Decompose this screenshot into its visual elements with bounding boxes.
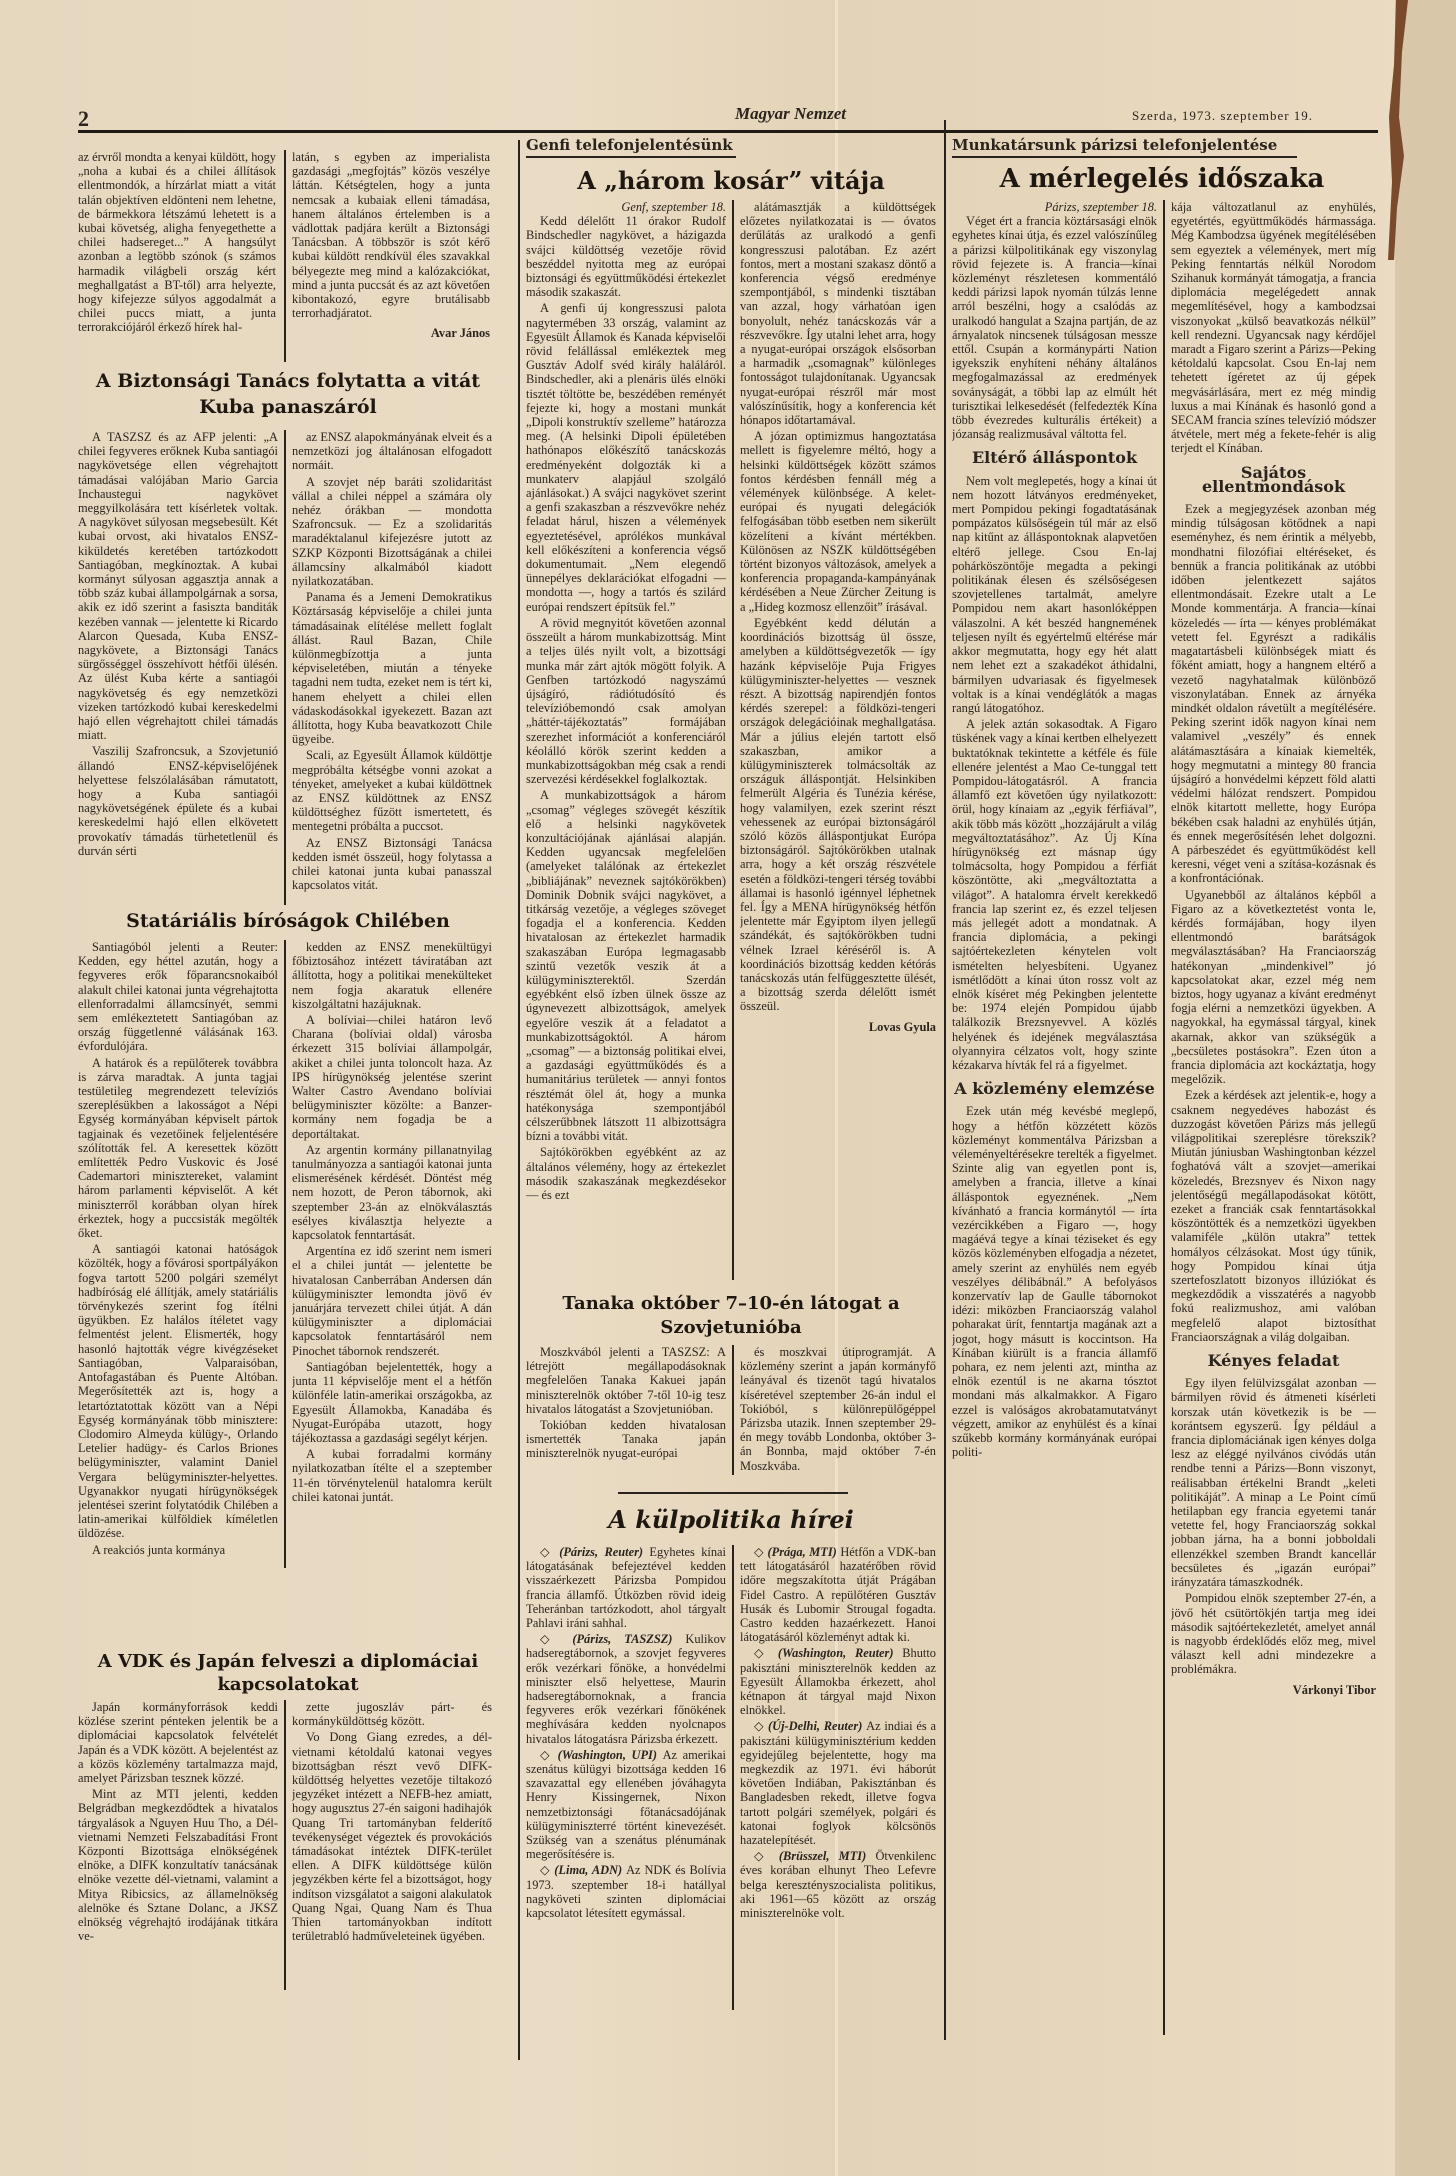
paragraph: Az ENSZ Biztonsági Tanácsa kedden ismét … (292, 836, 492, 893)
vdk-col2: zette jugoszláv párt- és kormányküldötts… (292, 1700, 492, 1945)
news-item: ◇ (Lima, ADN) Az NDK és Bolívia 1973. sz… (526, 1863, 726, 1920)
subheading: Kényes feladat (1171, 1354, 1376, 1368)
paragraph: zette jugoszláv párt- és kormányküldötts… (292, 1700, 492, 1728)
headline-security-council: A Biztonsági Tanács folytatta a vitát Ku… (78, 368, 498, 420)
paragraph: A TASZSZ és az AFP jelenti: „A chilei fe… (78, 430, 278, 742)
paragraph: Kedd délelőtt 11 órakor Rudolf Bindsched… (526, 214, 726, 299)
headline-vdk-japan: A VDK és Japán felveszi a diplomáciai ka… (78, 1650, 498, 1696)
headline-foreign-news: A külpolitika hírei (526, 1505, 936, 1534)
column-divider (732, 1345, 734, 1475)
paragraph: Egyébként kedd délután a koordinációs bi… (740, 616, 936, 1014)
courts-col2: kedden az ENSZ menekültügyi főbiztosához… (292, 940, 492, 1506)
paragraph: A bolíviai—chilei határon levő Charana (… (292, 1013, 492, 1141)
paragraph: Sajtókörökben egyébként az az általános … (526, 1145, 726, 1202)
paragraph: A rövid megnyitót követően azonnal össze… (526, 616, 726, 786)
paragraph: A szovjet nép baráti szolidaritást válla… (292, 475, 492, 589)
dateline: Genf, szeptember 18. (526, 200, 726, 214)
diamond-bullet-icon: ◇ (Prága, MTI) (754, 1545, 840, 1559)
cuba-continued-col2: latán, s egyben az imperialista gazdaság… (292, 150, 490, 341)
foreign-news-col1: ◇ (Párizs, Reuter) Egyhetes kínai látoga… (526, 1545, 726, 1922)
vdk-col1: Japán kormányforrások keddi közlése szer… (78, 1700, 278, 1945)
paragraph: Panama és a Jemeni Demokratikus Köztársa… (292, 590, 492, 746)
cuba-continued-col1: az érvről mondta a kenyai küldött, hogy … (78, 150, 276, 337)
page-number: 2 (78, 106, 89, 132)
section-divider (944, 120, 946, 2040)
news-item: ◇ (Brüsszel, MTI) Ötvenkilenc éves koráb… (740, 1849, 936, 1920)
column-divider (732, 200, 734, 1280)
news-item: ◇ (Washington, UPI) Az amerikai szenátus… (526, 1748, 726, 1862)
headline-courts: Statáriális bíróságok Chilében (78, 910, 498, 932)
news-item: ◇ (Új-Delhi, Reuter) Az indiai és a paki… (740, 1719, 936, 1847)
subheading: A közlemény elemzése (952, 1082, 1157, 1096)
headline-paris: A mérlegelés időszaka (952, 164, 1372, 194)
paragraph: Japán kormányforrások keddi közlése szer… (78, 1700, 278, 1785)
diamond-bullet-icon: ◇ (Párizs, Reuter) (540, 1545, 649, 1559)
paragraph: latán, s egyben az imperialista gazdaság… (292, 150, 490, 320)
kicker-rule (526, 156, 736, 158)
tanaka-col2: és moszkvai útiprogramját. A közlemény s… (740, 1345, 936, 1475)
news-item: ◇ (Washington, Reuter) Bhutto pakisztáni… (740, 1646, 936, 1717)
paragraph: A kubai forradalmi kormány nyilatkozatba… (292, 1447, 492, 1504)
column-divider (284, 940, 286, 1568)
courts-col1: Santiagóból jelenti a Reuter: Kedden, eg… (78, 940, 278, 1559)
security-council-col1: A TASZSZ és az AFP jelenti: „A chilei fe… (78, 430, 278, 860)
column-divider (284, 150, 286, 362)
torn-edge (1395, 0, 1456, 2176)
paragraph: Pompidou elnök szeptember 27-én, a jövő … (1171, 1591, 1376, 1676)
issue-date: Szerda, 1973. szeptember 19. (1132, 108, 1313, 124)
diamond-bullet-icon: ◇ (Washington, Reuter) (754, 1646, 902, 1660)
paragraph: Scali, az Egyesült Államok küldöttje meg… (292, 748, 492, 833)
news-item: ◇ (Párizs, Reuter) Egyhetes kínai látoga… (526, 1545, 726, 1630)
paragraph: kája változatlanul az enyhülés, egyetért… (1171, 200, 1376, 456)
paragraph: Vo Dong Giang ezredes, a dél-vietnami ké… (292, 1730, 492, 1943)
headline-geneva: A „három kosár” vitája (526, 166, 936, 195)
paragraph: Santiagóban bejelentették, hogy a junta … (292, 1360, 492, 1445)
paris-col2: kája változatlanul az enyhülés, egyetért… (1171, 200, 1376, 1697)
diamond-bullet-icon: ◇ (Új-Delhi, Reuter) (754, 1719, 866, 1733)
geneva-col1: Genf, szeptember 18. Kedd délelőtt 11 ór… (526, 200, 726, 1204)
diamond-bullet-icon: ◇ (Párizs, TASZSZ) (540, 1632, 685, 1646)
paragraph: A genfi új kongresszusi palota nagytermé… (526, 301, 726, 613)
masthead: Magyar Nemzet (735, 104, 846, 124)
paragraph: A jelek aztán sokasodtak. A Figaro tüské… (952, 717, 1157, 1072)
paragraph: és moszkvai útiprogramját. A közlemény s… (740, 1345, 936, 1473)
paragraph: kedden az ENSZ menekültügyi főbiztosához… (292, 940, 492, 1011)
byline: Várkonyi Tibor (1171, 1683, 1376, 1697)
kicker-geneva: Genfi telefonjelentésünk (526, 136, 733, 154)
foreign-news-col2: ◇ (Prága, MTI) Hétfőn a VDK-ban tett lát… (740, 1545, 936, 1922)
paragraph: Véget ért a francia köztársasági elnök e… (952, 214, 1157, 441)
dateline: Párizs, szeptember 18. (952, 200, 1157, 214)
paragraph: Argentína ez idő szerint nem ismeri el a… (292, 1244, 492, 1358)
section-divider (518, 140, 520, 2060)
paragraph: Ugyanebből az általános képből a Figaro … (1171, 888, 1376, 1087)
paragraph: Ezek a kérdések azt jelentik-e, hogy a c… (1171, 1088, 1376, 1344)
paragraph: Santiagóból jelenti a Reuter: Kedden, eg… (78, 940, 278, 1054)
column-divider (1163, 200, 1165, 2035)
diamond-bullet-icon: ◇ (Lima, ADN) (540, 1863, 626, 1877)
kicker-rule (952, 156, 1297, 158)
paragraph: Ezek a megjegyzések azonban még mindig t… (1171, 502, 1376, 885)
geneva-col2: alátámasztják a küldöttségek előzetes ny… (740, 200, 936, 1034)
paragraph: alátámasztják a küldöttségek előzetes ny… (740, 200, 936, 427)
header-rule (78, 130, 1378, 133)
kicker-paris: Munkatársunk párizsi telefonjelentése (952, 136, 1277, 154)
paragraph: A reakciós junta kormánya (78, 1543, 278, 1557)
tanaka-col1: Moszkvából jelenti a TASZSZ: A létrejött… (526, 1345, 726, 1463)
news-item: ◇ (Párizs, TASZSZ) Kulikov hadseregtábor… (526, 1632, 726, 1746)
section-rule (618, 1492, 848, 1494)
column-divider (284, 430, 286, 905)
paragraph: Mint az MTI jelenti, kedden Belgrádban m… (78, 1787, 278, 1943)
paragraph: Tokióban kedden hivatalosan ismertették … (526, 1418, 726, 1461)
column-divider (732, 1545, 734, 2010)
diamond-bullet-icon: ◇ (Washington, UPI) (540, 1748, 663, 1762)
paragraph: az ENSZ alapokmányának elveit és a nemze… (292, 430, 492, 473)
paragraph: Ezek után még kevésbé meglepő, hogy a hé… (952, 1104, 1157, 1459)
byline: Avar János (292, 326, 490, 340)
paragraph: A józan optimizmus hangoztatása mellett … (740, 429, 936, 614)
paragraph: A santiagói katonai hatóságok közölték, … (78, 1242, 278, 1540)
paragraph: Vaszilij Szafroncsuk, a Szovjetunió álla… (78, 744, 278, 858)
paragraph: Moszkvából jelenti a TASZSZ: A létrejött… (526, 1345, 726, 1416)
paragraph: A munkabizottságok a három „csomag” végl… (526, 788, 726, 1143)
diamond-bullet-icon: ◇ (Brüsszel, MTI) (754, 1849, 875, 1863)
paragraph: Egy ilyen felülvizsgálat azonban — bármi… (1171, 1376, 1376, 1589)
paragraph: az érvről mondta a kenyai küldött, hogy … (78, 150, 276, 335)
security-council-col2: az ENSZ alapokmányának elveit és a nemze… (292, 430, 492, 895)
headline-tanaka: Tanaka október 7–10-én látogat a Szovjet… (526, 1292, 936, 1340)
paris-col1: Párizs, szeptember 18. Véget ért a franc… (952, 200, 1157, 1461)
column-divider (284, 1700, 286, 1990)
paragraph: A határok és a repülőterek továbbra is z… (78, 1056, 278, 1241)
subheading: Sajátos ellentmondások (1171, 466, 1376, 494)
paragraph: Az argentin kormány pillanatnyilag tanul… (292, 1143, 492, 1242)
byline: Lovas Gyula (740, 1020, 936, 1034)
news-item: ◇ (Prága, MTI) Hétfőn a VDK-ban tett lát… (740, 1545, 936, 1644)
paragraph: Nem volt meglepetés, hogy a kínai út nem… (952, 474, 1157, 715)
subheading: Eltérő álláspontok (952, 451, 1157, 465)
